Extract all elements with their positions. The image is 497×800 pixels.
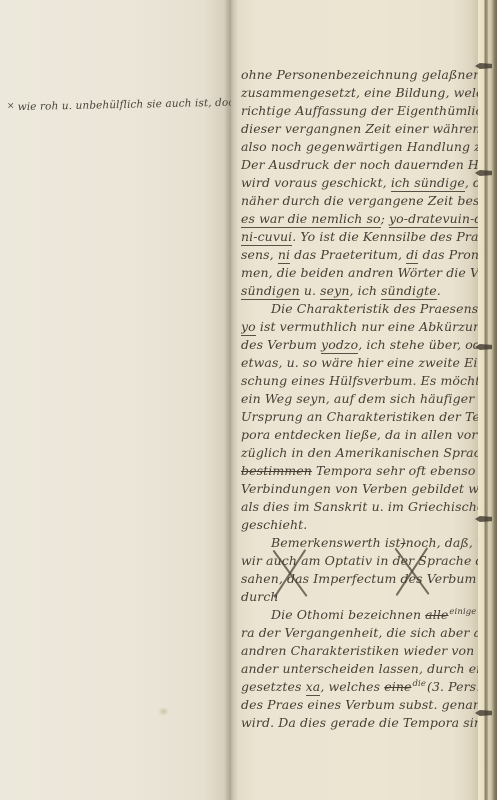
handwritten-text: ohne Personenbezeichnung gelaßnen Perfec… [241, 67, 478, 82]
handwritten-text: ra der Vergangenheit, die sich aber an [241, 625, 478, 640]
superscript-insertion: einige [449, 607, 476, 617]
manuscript-scan: ×wie roh u. unbehülflich sie auch ist, d… [0, 0, 497, 800]
handwritten-text: sens, [241, 247, 278, 262]
manuscript-line: wird. Da dies gerade die Tempora sind, [241, 714, 478, 732]
handwritten-text: (3. Pers. sing. [427, 679, 478, 694]
underlined-text: yodzo [321, 337, 358, 354]
manuscript-line: Die Charakteristik des Praesens [241, 300, 478, 318]
handwritten-text: Tempora sehr oft ebenso durch [312, 463, 478, 478]
manuscript-line: richtige Auffassung der Eigenthümlichkei… [241, 102, 478, 120]
handwritten-text: ander unterscheiden lassen, durch ein vo… [241, 661, 478, 676]
handwritten-text: Ursprung an Charakteristiken der Tem- [241, 409, 478, 424]
handwritten-text: Die Charakteristik des Praesens [271, 301, 478, 316]
manuscript-line: Ursprung an Charakteristiken der Tem- [241, 408, 478, 426]
handwritten-text: sahen, das Imperfectum des Verbum subst. [241, 571, 478, 586]
manuscript-line: wir auch am Optativ in der Sprache der L… [241, 552, 478, 570]
manuscript-line: Verbindungen von Verben gebildet werden [241, 480, 478, 498]
handwritten-text: , ich [349, 283, 381, 298]
manuscript-line: schung eines Hülfsverbum. Es möchte dies [241, 372, 478, 390]
manuscript-line: dieser vergangnen Zeit einer währenden u… [241, 120, 478, 138]
book-binding-edge [478, 0, 497, 800]
manuscript-line: gesetztes xa, welches einedie(3. Pers. s… [241, 678, 478, 696]
manuscript-line: Der Ausdruck der noch dauernden Handlung [241, 156, 478, 174]
manuscript-line: ander unterscheiden lassen, durch ein vo… [241, 660, 478, 678]
manuscript-line: durch [241, 588, 478, 606]
underlined-text: yo [241, 319, 256, 336]
handwritten-text: ; [381, 211, 389, 226]
underlined-text: sündigen [241, 283, 300, 300]
handwritten-text: wird. Da dies gerade die Tempora sind, [241, 715, 478, 730]
underlined-text: seyn [320, 283, 349, 300]
left-page: ×wie roh u. unbehülflich sie auch ist, d… [0, 0, 231, 800]
handwritten-text: das Praeteritum, [290, 247, 406, 262]
reference-cross-mark: × [7, 101, 15, 111]
handwritten-text: ein Weg seyn, auf dem sich häufiger der [241, 391, 478, 406]
handwritten-text: Die Othomi bezeichnen [271, 607, 425, 622]
handwritten-text: des Verbum [241, 337, 321, 352]
manuscript-line: bestimmen Tempora sehr oft ebenso durch [241, 462, 478, 480]
struck-text: alle [425, 607, 448, 622]
manuscript-line: sündigen u. seyn, ich sündigte. [241, 282, 478, 300]
handwritten-text: pora entdecken ließe, da in allen vor- [241, 427, 478, 442]
handwritten-text: also noch gegenwärtigen Handlung zeigt [241, 139, 478, 154]
underlined-text: es war die nemlich so [241, 211, 381, 228]
handwritten-text: zusammengesetzt, eine Bildung, welche, [241, 85, 478, 100]
handwritten-text: ist vermuthlich nur eine Abkürzung [256, 319, 478, 334]
handwritten-text: durch [241, 589, 279, 604]
manuscript-line: ein Weg seyn, auf dem sich häufiger der [241, 390, 478, 408]
handwritten-text: schung eines Hülfsverbum. Es möchte dies [241, 373, 478, 388]
page-gutter-shadow [224, 0, 238, 800]
struck-text: eine [384, 679, 411, 694]
margin-note: ×wie roh u. unbehülflich sie auch ist, d… [7, 97, 233, 114]
handwritten-text: andren Charakteristiken wieder von ein- [241, 643, 478, 658]
manuscript-line: näher durch die vergangene Zeit bestimmt [241, 192, 478, 210]
handwritten-text: Der Ausdruck der noch dauernden Handlung [241, 157, 478, 172]
manuscript-line: geschieht. [241, 516, 478, 534]
manuscript-line: züglich in den Amerikanischen Sprachen [241, 444, 478, 462]
handwritten-text: . Yo ist die Kennsilbe des Prae- [292, 229, 478, 244]
underlined-text: di [406, 247, 418, 264]
manuscript-line: ni-cuvui. Yo ist die Kennsilbe des Prae- [241, 228, 478, 246]
handwritten-text: , dann die [465, 175, 478, 190]
manuscript-line: andren Charakteristiken wieder von ein- [241, 642, 478, 660]
manuscript-line: des Praes eines Verbum subst. genannt [241, 696, 478, 714]
underlined-text: xa [306, 679, 321, 696]
manuscript-line: wird voraus geschickt, ich sündige, dann… [241, 174, 478, 192]
handwritten-text: züglich in den Amerikanischen Sprachen [241, 445, 478, 460]
handwritten-text: richtige Auffassung der Eigenthümlichkei… [241, 103, 478, 118]
handwritten-text: u. [300, 283, 320, 298]
handwritten-text: wird voraus geschickt, [241, 175, 391, 190]
handwritten-text: Bemerkenswerth ist [271, 535, 401, 550]
manuscript-line: zusammengesetzt, eine Bildung, welche,×d… [241, 84, 478, 102]
manuscript-line: yo ist vermuthlich nur eine Abkürzung [241, 318, 478, 336]
paper-blemish [158, 707, 169, 716]
manuscript-line: sahen, das Imperfectum des Verbum subst. [241, 570, 478, 588]
struck-text: bestimmen [241, 463, 312, 478]
manuscript-line: als dies im Sanskrit u. im Griechischen [241, 498, 478, 516]
manuscript-line: also noch gegenwärtigen Handlung zeigt [241, 138, 478, 156]
manuscript-line: pora entdecken ließe, da in allen vor- [241, 426, 478, 444]
manuscript-line: Bemerkenswerth ist)noch, daß, wie [241, 534, 478, 552]
manuscript-line: ra der Vergangenheit, die sich aber an [241, 624, 478, 642]
handwritten-text: men, die beiden andren Wörter die Verba [241, 265, 478, 280]
handwritten-text: das Prono- [418, 247, 478, 262]
manuscript-line: sens, ni das Praeteritum, di das Prono- [241, 246, 478, 264]
handwritten-text: etwas, u. so wäre hier eine zweite Einmi… [241, 355, 478, 370]
margin-note-text: wie roh u. unbehülflich sie auch ist, do… [18, 96, 242, 113]
manuscript-line: des Verbum yodzo, ich stehe über, oder a… [241, 336, 478, 354]
handwritten-text: noch, daß, wie [406, 535, 478, 550]
handwritten-text: dieser vergangnen Zeit einer währenden u… [241, 121, 478, 136]
manuscript-line: men, die beiden andren Wörter die Verba [241, 264, 478, 282]
manuscript-text-block: ohne Personenbezeichnung gelaßnen Perfec… [241, 66, 478, 746]
manuscript-line: etwas, u. so wäre hier eine zweite Einmi… [241, 354, 478, 372]
handwritten-text: des Praes eines Verbum subst. genannt [241, 697, 478, 712]
handwritten-text: . [437, 283, 441, 298]
superscript-insertion: die [412, 679, 426, 689]
underlined-text: yo-dratevuin-di [389, 211, 478, 228]
handwritten-text: geschieht. [241, 517, 307, 532]
handwritten-text: Verbindungen von Verben gebildet werden [241, 481, 478, 496]
handwritten-text: gesetztes [241, 679, 306, 694]
manuscript-line: es war die nemlich so; yo-dratevuin-di [241, 210, 478, 228]
manuscript-line: Die Othomi bezeichnen alleeinigeTempo- [241, 606, 478, 624]
underlined-text: ni [278, 247, 290, 264]
underlined-text: sündigte [381, 283, 437, 300]
manuscript-line: ohne Personenbezeichnung gelaßnen Perfec… [241, 66, 478, 84]
handwritten-text: , ich stehe über, oder auf [358, 337, 478, 352]
underlined-text: ich sündige [391, 175, 465, 192]
handwritten-text: als dies im Sanskrit u. im Griechischen [241, 499, 478, 514]
underlined-text: ni-cuvui [241, 229, 292, 246]
handwritten-text: näher durch die vergangene Zeit bestimmt [241, 193, 478, 208]
handwritten-text: , welches [320, 679, 384, 694]
handwritten-text: wir auch am Optativ in der Sprache der L… [241, 553, 478, 568]
